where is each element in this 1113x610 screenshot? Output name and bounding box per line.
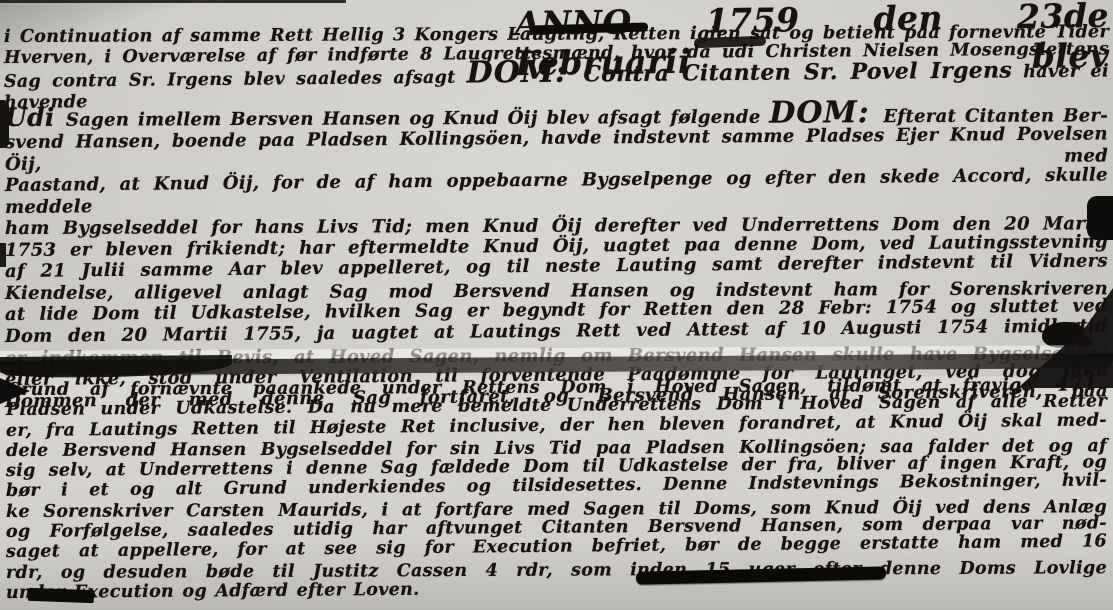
document-header: i Continuation af samme Rett Hellig 3 Ko…: [4, 27, 1109, 113]
manuscript-text-segment: Contra Citanten Sr. Povel Irgens: [583, 57, 1012, 87]
ink-blot: [1087, 196, 1113, 240]
manuscript-text-segment: Udi: [5, 103, 66, 132]
judgment-section-2: Grund af fornævnte paaankede under Rette…: [6, 380, 1107, 603]
manuscript-text-segment: Sag contra Sr. Irgens blev saaledes afsa…: [4, 68, 467, 92]
manuscript-text-segment: DOM:: [467, 54, 584, 90]
scanned-document-page: ANNO 1759 den 23de Februarii blev i Cont…: [0, 0, 1113, 610]
scan-edge-artifact: [0, 0, 346, 3]
ink-blot: [0, 243, 6, 267]
ink-blot: [0, 100, 9, 148]
ink-smudge: [28, 588, 94, 603]
